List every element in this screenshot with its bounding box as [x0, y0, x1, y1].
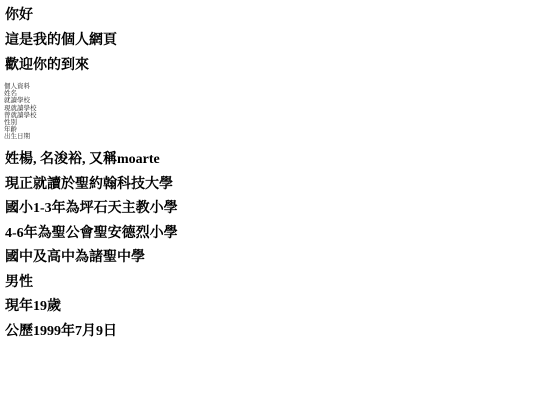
section-nav: 個人資料 姓名 就讀學校 現就讀學校 曾就讀學校 性別 年齡 出生日期 — [4, 83, 37, 141]
current-school-heading: 現正就讀於聖約翰科技大學 — [5, 177, 173, 193]
nav-link-birthdate[interactable]: 出生日期 — [4, 133, 37, 140]
age-heading: 現年19歲 — [5, 299, 61, 315]
elementary-1-3-heading: 國小1-3年為坪石天主教小學 — [5, 201, 178, 217]
greeting-heading: 你好 — [5, 8, 33, 24]
elementary-4-6-heading: 4-6年為聖公會聖安德烈小學 — [5, 226, 178, 242]
secondary-school-heading: 國中及高中為諸聖中學 — [5, 250, 145, 266]
gender-heading: 男性 — [5, 275, 33, 291]
birthdate-heading: 公歷1999年7月9日 — [5, 324, 117, 340]
welcome-heading: 歡迎你的到來 — [5, 58, 89, 74]
subtitle-heading: 這是我的個人網頁 — [5, 33, 117, 49]
name-heading: 姓楊, 名浚裕, 又稱moarte — [5, 152, 160, 168]
